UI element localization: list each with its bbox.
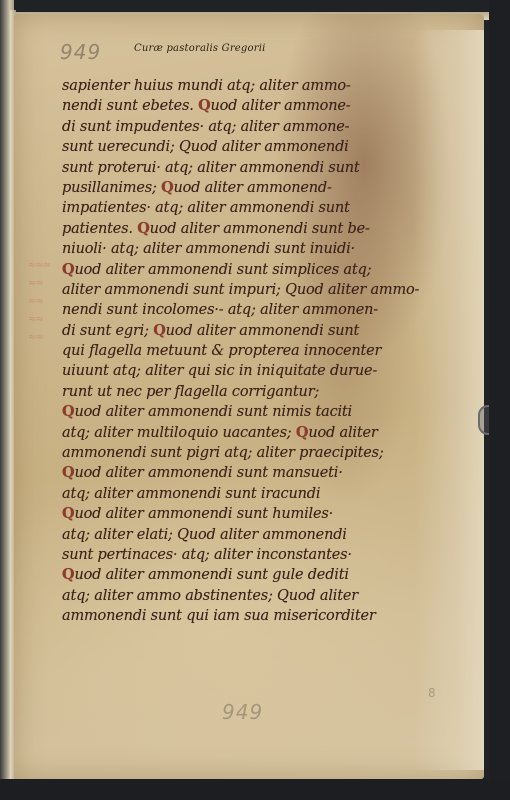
- line-text: aliter ammonendi sunt impuri;: [62, 282, 281, 298]
- manuscript-line: qui flagella metuunt & propterea innocen…: [62, 341, 422, 361]
- rubricated-initial: Q: [62, 464, 74, 481]
- line-text-continued: uod aliter ammonendi sunt be-: [150, 221, 370, 237]
- line-text: ammonendi sunt qui iam sua misericordite…: [62, 608, 376, 624]
- manuscript-line: atq; aliter elati; Quod aliter ammonendi: [62, 525, 422, 545]
- margin-mark: ≈≈: [28, 278, 60, 288]
- margin-mark: ≈≈: [28, 296, 60, 306]
- line-text-continued: uod aliter ammonendi sunt nimis taciti: [74, 404, 352, 420]
- margin-mark: ≈≈≈: [28, 260, 60, 270]
- rubricated-initial: Q: [161, 179, 173, 196]
- line-text: atq; aliter ammo abstinentes;: [62, 588, 273, 604]
- line-text: uiuunt atq; aliter qui sic in iniquitate…: [62, 363, 377, 379]
- running-header: Curæ pastoralis Gregorii: [134, 43, 266, 54]
- line-text: sunt proterui· atq; aliter ammonendi sun…: [62, 160, 360, 176]
- line-text: patientes.: [62, 221, 133, 237]
- rubricated-initial: Q: [137, 220, 149, 237]
- line-text: nendi sunt incolomes·- atq; aliter ammon…: [62, 302, 378, 318]
- line-text: sapienter huius mundi atq; aliter ammo-: [62, 78, 351, 94]
- line-text-continued: Quod aliter ammonendi: [179, 139, 349, 155]
- line-text: nendi sunt ebetes.: [62, 98, 194, 114]
- manuscript-line: Quod aliter ammonendi sunt humiles·: [62, 504, 422, 524]
- manuscript-line: sunt uerecundi; Quod aliter ammonendi: [62, 137, 422, 157]
- background-bottom: [0, 779, 510, 800]
- manuscript-line: nendi sunt incolomes·- atq; aliter ammon…: [62, 300, 422, 320]
- line-text-continued: uod aliter ammonendi sunt humiles·: [74, 506, 333, 522]
- manuscript-text-block: sapienter huius mundi atq; aliter ammo-n…: [62, 76, 422, 627]
- manuscript-line: sapienter huius mundi atq; aliter ammo-: [62, 76, 422, 96]
- line-text-continued: uod aliter ammonend-: [174, 180, 332, 196]
- manuscript-line: atq; aliter ammo abstinentes; Quod alite…: [62, 586, 422, 606]
- line-text: runt ut nec per flagella corrigantur;: [62, 384, 319, 400]
- line-text: pusillanimes;: [62, 180, 157, 196]
- line-text-continued: uod aliter ammonendi sunt gule dediti: [74, 567, 348, 583]
- manuscript-line: atq; aliter multiloquio uacantes; Quod a…: [62, 423, 422, 443]
- line-text: atq; aliter elati;: [62, 527, 173, 543]
- rubricated-initial: Q: [62, 505, 74, 522]
- manuscript-line: ammonendi sunt qui iam sua misericordite…: [62, 606, 422, 626]
- line-text-continued: uod aliter: [308, 425, 377, 441]
- background-right: [489, 0, 510, 800]
- rubricated-initial: Q: [62, 403, 74, 420]
- manuscript-line: nendi sunt ebetes. Quod aliter ammone-: [62, 96, 422, 116]
- bottom-margin-mark: 8: [428, 686, 436, 700]
- line-text: qui flagella metuunt & propterea innocen…: [62, 343, 381, 359]
- margin-marks: ≈≈≈ ≈≈ ≈≈ ≈≈ ≈≈: [28, 260, 60, 350]
- line-text: niuoli· atq; aliter ammonendi sunt inuid…: [62, 241, 355, 257]
- rubricated-initial: Q: [198, 97, 210, 114]
- manuscript-line: di sunt impudentes· atq; aliter ammone-: [62, 117, 422, 137]
- manuscript-line: sunt pertinaces· atq; aliter inconstante…: [62, 545, 422, 565]
- line-text-continued: Quod aliter ammonendi: [177, 527, 347, 543]
- manuscript-line: aliter ammonendi sunt impuri; Quod alite…: [62, 280, 422, 300]
- manuscript-line: Quod aliter ammonendi sunt nimis taciti: [62, 402, 422, 422]
- rubricated-initial: Q: [62, 261, 74, 278]
- rubricated-initial: Q: [296, 424, 308, 441]
- line-text-continued: uod aliter ammonendi sunt mansueti·: [74, 465, 342, 481]
- manuscript-line: di sunt egri; Quod aliter ammonendi sunt: [62, 321, 422, 341]
- line-text-continued: Quod aliter: [277, 588, 358, 604]
- manuscript-line: sunt proterui· atq; aliter ammonendi sun…: [62, 158, 422, 178]
- manuscript-line: patientes. Quod aliter ammonendi sunt be…: [62, 219, 422, 239]
- line-text: di sunt egri;: [62, 323, 149, 339]
- line-text: ammonendi sunt pigri atq; aliter praecip…: [62, 445, 384, 461]
- line-text-continued: uod aliter ammone-: [211, 98, 351, 114]
- folio-number-bottom: 949: [222, 700, 263, 724]
- line-text: atq; aliter multiloquio uacantes;: [62, 425, 292, 441]
- manuscript-line: Quod aliter ammonendi sunt simplices atq…: [62, 260, 422, 280]
- manuscript-line: Quod aliter ammonendi sunt mansueti·: [62, 463, 422, 483]
- margin-mark: ≈≈: [28, 332, 60, 342]
- rubricated-initial: Q: [62, 566, 74, 583]
- margin-mark: ≈≈: [28, 314, 60, 324]
- manuscript-line: atq; aliter ammonendi sunt iracundi: [62, 484, 422, 504]
- line-text: sunt uerecundi;: [62, 139, 175, 155]
- line-text-continued: uod aliter ammonendi sunt: [166, 323, 359, 339]
- manuscript-line: Quod aliter ammonendi sunt gule dediti: [62, 565, 422, 585]
- manuscript-line: niuoli· atq; aliter ammonendi sunt inuid…: [62, 239, 422, 259]
- rubricated-initial: Q: [153, 322, 165, 339]
- manuscript-line: uiuunt atq; aliter qui sic in iniquitate…: [62, 361, 422, 381]
- manuscript-line: pusillanimes; Quod aliter ammonend-: [62, 178, 422, 198]
- line-text: atq; aliter ammonendi sunt iracundi: [62, 486, 320, 502]
- line-text: impatientes· atq; aliter ammonendi sunt: [62, 200, 350, 216]
- manuscript-line: impatientes· atq; aliter ammonendi sunt: [62, 198, 422, 218]
- line-text: di sunt impudentes· atq; aliter ammone-: [62, 119, 349, 135]
- line-text: sunt pertinaces· atq; aliter inconstante…: [62, 547, 352, 563]
- folio-number-top: 949: [60, 40, 101, 64]
- line-text-continued: uod aliter ammonendi sunt simplices atq;: [74, 262, 371, 278]
- line-text-continued: Quod aliter ammo-: [285, 282, 419, 298]
- manuscript-line: ammonendi sunt pigri atq; aliter praecip…: [62, 443, 422, 463]
- manuscript-line: runt ut nec per flagella corrigantur;: [62, 382, 422, 402]
